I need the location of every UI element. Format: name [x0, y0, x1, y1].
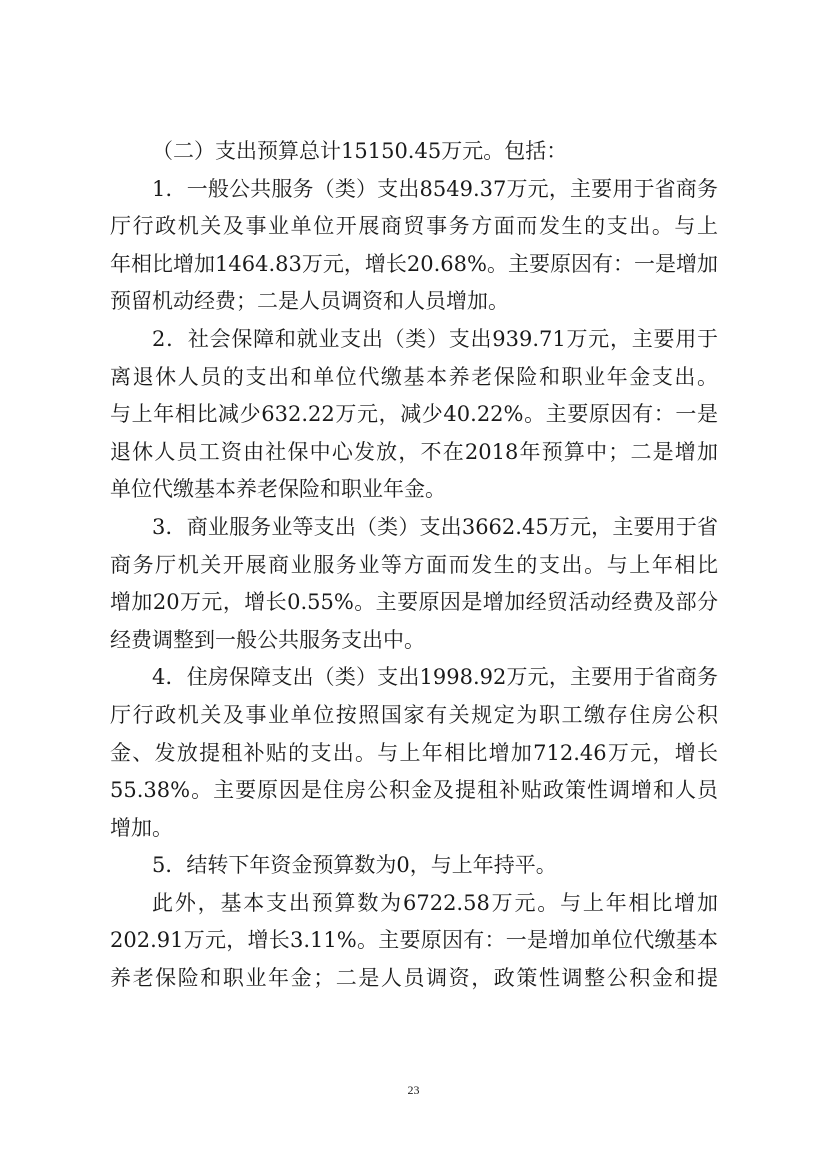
- page-number: 23: [0, 1083, 827, 1098]
- paragraph-line: 厅行政机关及事业单位按照国家有关规定为职工缴存住房公积: [110, 697, 718, 735]
- paragraph-line: 5．结转下年资金预算数为0，与上年持平。: [110, 847, 718, 885]
- paragraph-commercial-services: 3．商业服务业等支出（类）支出3662.45万元，主要用于省 商务厅机关开展商业…: [110, 509, 718, 659]
- paragraph-line: 3．商业服务业等支出（类）支出3662.45万元，主要用于省: [110, 509, 718, 547]
- paragraph-line: 增加20万元，增长0.55%。主要原因是增加经贸活动经费及部分: [110, 584, 718, 622]
- paragraph-line: 55.38%。主要原因是住房公积金及提租补贴政策性调增和人员: [110, 772, 718, 810]
- paragraph-line: 养老保险和职业年金；二是人员调资，政策性调整公积金和提: [110, 960, 718, 998]
- paragraph-line: 年相比增加1464.83万元，增长20.68%。主要原因有：一是增加: [110, 246, 718, 284]
- paragraph-line: 经费调整到一般公共服务支出中。: [110, 622, 718, 660]
- document-page: （二）支出预算总计15150.45万元。包括： 1．一般公共服务（类）支出854…: [0, 0, 827, 1169]
- paragraph-line: 202.91万元，增长3.11%。主要原因有：一是增加单位代缴基本: [110, 922, 718, 960]
- paragraph-line: 预留机动经费；二是人员调资和人员增加。: [110, 283, 718, 321]
- paragraph-line: 此外，基本支出预算数为6722.58万元。与上年相比增加: [110, 885, 718, 923]
- paragraph-line: 1．一般公共服务（类）支出8549.37万元，主要用于省商务: [110, 171, 718, 209]
- paragraph-line: 单位代缴基本养老保险和职业年金。: [110, 471, 718, 509]
- paragraph-social-security: 2．社会保障和就业支出（类）支出939.71万元，主要用于 离退休人员的支出和单…: [110, 321, 718, 509]
- paragraph-line: 增加。: [110, 810, 718, 848]
- paragraph-line: 金、发放提租补贴的支出。与上年相比增加712.46万元，增长: [110, 735, 718, 773]
- paragraph-line: 与上年相比减少632.22万元，减少40.22%。主要原因有：一是: [110, 396, 718, 434]
- paragraph-carryover-funds: 5．结转下年资金预算数为0，与上年持平。: [110, 847, 718, 885]
- paragraph-basic-expenditure: 此外，基本支出预算数为6722.58万元。与上年相比增加 202.91万元，增长…: [110, 885, 718, 998]
- body-text: （二）支出预算总计15150.45万元。包括： 1．一般公共服务（类）支出854…: [110, 133, 718, 998]
- paragraph-line: 离退休人员的支出和单位代缴基本养老保险和职业年金支出。: [110, 359, 718, 397]
- paragraph-line: 2．社会保障和就业支出（类）支出939.71万元，主要用于: [110, 321, 718, 359]
- paragraph-line: 4．住房保障支出（类）支出1998.92万元，主要用于省商务: [110, 659, 718, 697]
- paragraph-line: 商务厅机关开展商业服务业等方面而发生的支出。与上年相比: [110, 547, 718, 585]
- paragraph-line: 厅行政机关及事业单位开展商贸事务方面而发生的支出。与上: [110, 208, 718, 246]
- paragraph-line: 退休人员工资由社保中心发放，不在2018年预算中；二是增加: [110, 434, 718, 472]
- paragraph-housing-security: 4．住房保障支出（类）支出1998.92万元，主要用于省商务 厅行政机关及事业单…: [110, 659, 718, 847]
- section-heading: （二）支出预算总计15150.45万元。包括：: [110, 133, 718, 171]
- paragraph-general-public-services: 1．一般公共服务（类）支出8549.37万元，主要用于省商务 厅行政机关及事业单…: [110, 171, 718, 321]
